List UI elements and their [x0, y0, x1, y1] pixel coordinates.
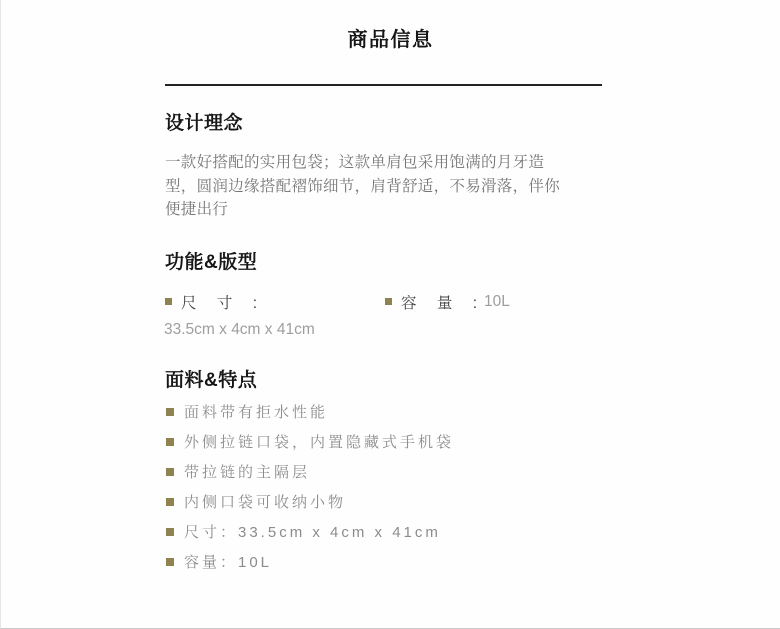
fabric-features-heading: 面料&特点	[165, 370, 780, 392]
spec-capacity-value: 10L	[484, 293, 510, 311]
spec-capacity: 容量: 10L	[385, 291, 510, 313]
feature-list: 面料带有拒水性能 外侧拉链口袋，内置隐藏式手机袋 带拉链的主隔层 内侧口袋可收纳…	[166, 397, 780, 577]
design-concept-heading: 设计理念	[165, 113, 780, 135]
bullet-square-icon	[165, 298, 172, 305]
section-fabric-features: 面料&特点 面料带有拒水性能 外侧拉链口袋，内置隐藏式手机袋 带拉链的主隔层 内…	[1, 370, 780, 577]
bullet-square-icon	[166, 528, 174, 536]
feature-item: 尺寸：33.5cm x 4cm x 41cm	[166, 517, 780, 547]
feature-text: 内侧口袋可收纳小物	[184, 491, 346, 512]
title-divider	[165, 84, 602, 86]
spec-row: 尺寸: 容量: 10L	[165, 293, 780, 311]
bullet-square-icon	[166, 498, 174, 506]
page-title: 商品信息	[1, 0, 780, 53]
spec-size: 尺寸:	[165, 291, 385, 313]
feature-item: 面料带有拒水性能	[166, 397, 780, 427]
function-pattern-heading: 功能&版型	[165, 252, 780, 274]
bullet-square-icon	[166, 468, 174, 476]
feature-item: 外侧拉链口袋，内置隐藏式手机袋	[166, 427, 780, 457]
bullet-square-icon	[166, 438, 174, 446]
bullet-square-icon	[166, 408, 174, 416]
spec-size-label: 尺寸:	[181, 291, 257, 313]
design-concept-description: 一款好搭配的实用包袋；这款单肩包采用饱满的月牙造型，圆润边缘搭配褶饰细节，肩背舒…	[165, 151, 571, 222]
feature-item: 容量：10L	[166, 547, 780, 577]
feature-item: 内侧口袋可收纳小物	[166, 487, 780, 517]
bullet-square-icon	[166, 558, 174, 566]
spec-capacity-label: 容量:	[401, 291, 477, 313]
spec-size-value: 33.5cm x 4cm x 41cm	[164, 321, 780, 339]
feature-text: 尺寸：33.5cm x 4cm x 41cm	[184, 521, 441, 542]
bullet-square-icon	[385, 298, 392, 305]
feature-text: 容量：10L	[184, 551, 272, 572]
section-design-concept: 设计理念 一款好搭配的实用包袋；这款单肩包采用饱满的月牙造型，圆润边缘搭配褶饰细…	[1, 113, 780, 222]
feature-text: 外侧拉链口袋，内置隐藏式手机袋	[184, 431, 454, 452]
feature-item: 带拉链的主隔层	[166, 457, 780, 487]
feature-text: 面料带有拒水性能	[184, 401, 328, 422]
product-info-page: 商品信息 设计理念 一款好搭配的实用包袋；这款单肩包采用饱满的月牙造型，圆润边缘…	[0, 0, 780, 629]
section-function-pattern: 功能&版型 尺寸: 容量: 10L 33.5cm x 4cm x 41cm	[1, 252, 780, 339]
feature-text: 带拉链的主隔层	[184, 461, 310, 482]
